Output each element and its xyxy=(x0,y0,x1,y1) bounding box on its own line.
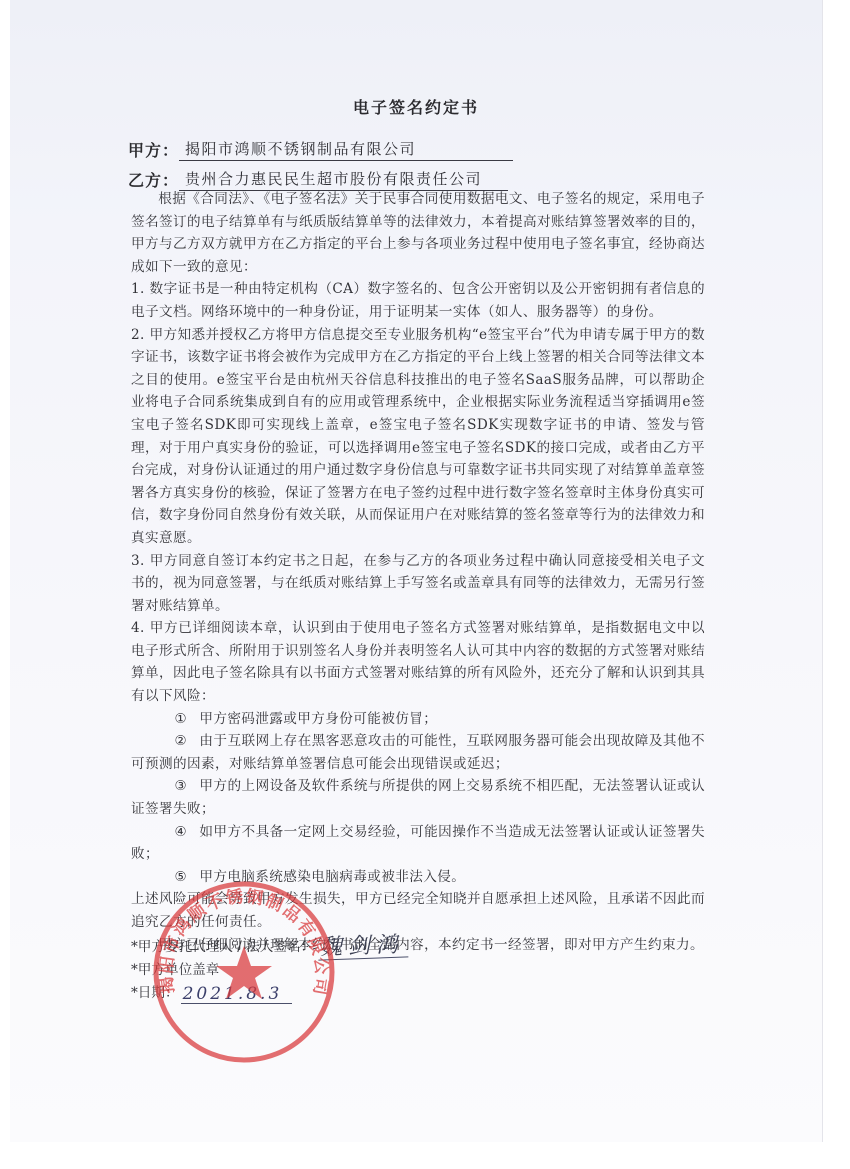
clause-3: 3. 甲方同意自签订本约定书之日起，在参与乙方的各项业务过程中确认同意接受相关电… xyxy=(131,550,705,618)
agreement-body: 根据《合同法》、《电子签名法》关于民事合同使用数据电文、电子签名的规定，采用电子… xyxy=(131,188,705,956)
scanned-page: 电子签名约定书 甲方： 揭阳市鸿顺不锈钢制品有限公司 乙方： 贵州合力惠民民生超… xyxy=(10,0,822,1142)
risk-item: ③甲方的上网设备及软件系统与所提供的网上交易系统不相匹配，无法签署认证或认证签署… xyxy=(131,775,705,820)
signature-block: *甲方委托代理人 / 法人签名： 魏剑鸿 *甲方单位盖章 *日期： 2021.8… xyxy=(131,936,408,1004)
risk-item: ②由于互联网上存在黑客恶意攻击的可能性，互联网服务器可能会出现故障及其他不可预测… xyxy=(131,730,705,775)
party-a-label: 甲方： xyxy=(128,138,179,161)
risk-acknowledgement: 上述风险可能会导致甲方发生损失，甲方已经完全知晓并自愿承担上述风险，且承诺不因此… xyxy=(131,888,705,933)
risk-number: ⑤ xyxy=(153,866,187,889)
date-value: 2021.8.3 xyxy=(181,985,293,1004)
risk-number: ④ xyxy=(153,821,187,844)
risk-item: ④如甲方不具备一定网上交易经验，可能因操作不当造成无法签署认证或认证签署失败； xyxy=(131,821,705,866)
clause-2: 2. 甲方知悉并授权乙方将甲方信息提交至专业服务机构“e签宝平台”代为申请专属于… xyxy=(131,324,705,550)
risk-text: 如甲方不具备一定网上交易经验，可能因操作不当造成无法签署认证或认证签署失败； xyxy=(131,824,705,863)
risk-number: ③ xyxy=(153,775,187,798)
party-a-name: 揭阳市鸿顺不锈钢制品有限公司 xyxy=(179,138,513,161)
document-title: 电子签名约定书 xyxy=(10,95,822,118)
risk-text: 甲方电脑系统感染电脑病毒或被非法入侵。 xyxy=(199,869,465,885)
risk-item: ⑤甲方电脑系统感染电脑病毒或被非法入侵。 xyxy=(131,866,705,889)
risk-text: 甲方的上网设备及软件系统与所提供的网上交易系统不相匹配，无法签署认证或认证签署失… xyxy=(131,778,705,817)
clause-1: 1. 数字证书是一种由特定机构（CA）数字签名的、包含公开密钥以及公开密钥拥有者… xyxy=(131,278,705,323)
intro-paragraph: 根据《合同法》、《电子签名法》关于民事合同使用数据电文、电子签名的规定，采用电子… xyxy=(131,188,705,278)
risk-number: ① xyxy=(153,708,187,731)
seal-label: *甲方单位盖章 xyxy=(131,959,219,982)
party-a: 甲方： 揭阳市鸿顺不锈钢制品有限公司 xyxy=(128,138,513,161)
date-label: *日期： xyxy=(131,982,179,1005)
date-line: *日期： 2021.8.3 xyxy=(131,982,408,1005)
agent-signature-label: *甲方委托代理人 / 法人签名： xyxy=(131,936,314,959)
agent-signature-line: *甲方委托代理人 / 法人签名： 魏剑鸿 xyxy=(131,936,408,959)
seal-line: *甲方单位盖章 xyxy=(131,959,408,982)
risk-number: ② xyxy=(153,730,187,753)
risk-text: 甲方密码泄露或甲方身份可能被仿冒； xyxy=(199,711,437,727)
clause-4: 4. 甲方已详细阅读本章，认识到由于使用电子签名方式签署对账结算单，是指数据电文… xyxy=(131,617,705,707)
handwritten-signature: 魏剑鸿 xyxy=(318,934,409,960)
risk-item: ①甲方密码泄露或甲方身份可能被仿冒； xyxy=(131,708,705,731)
risk-text: 由于互联网上存在黑客恶意攻击的可能性，互联网服务器可能会出现故障及其他不可预测的… xyxy=(131,733,705,772)
